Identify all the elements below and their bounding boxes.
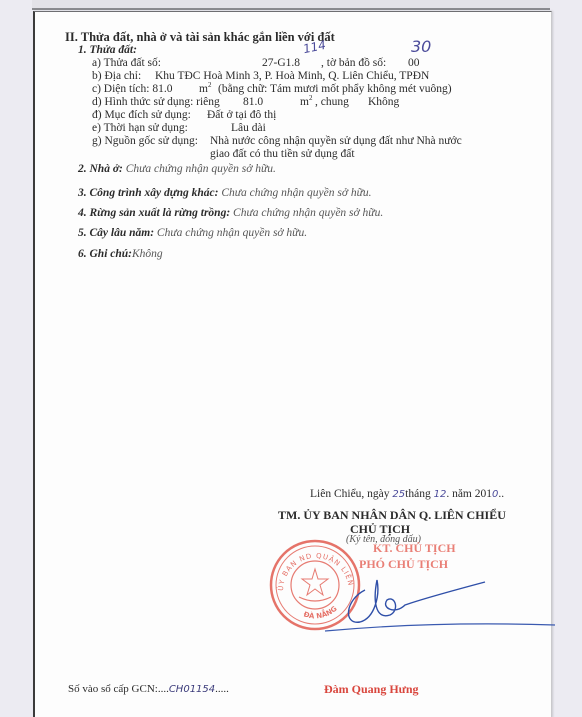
purpose-value: Đất ở tại đô thị <box>207 108 276 122</box>
usage-private-value: 81.0 <box>243 95 263 109</box>
parcel-label: a) Thửa đất số: <box>92 56 161 70</box>
usage-shared-label: , chung <box>315 95 349 109</box>
perennial-row: 5. Cây lâu năm: Chưa chứng nhận quyền sở… <box>78 226 307 240</box>
house-row: 2. Nhà ở: Chưa chứng nhận quyền sở hữu. <box>78 162 276 176</box>
usage-unit: m2 <box>300 95 312 109</box>
other-construction-row: 3. Công trình xây dựng khác: Chưa chứng … <box>78 186 372 200</box>
signer-name: Đàm Quang Hưng <box>324 682 419 696</box>
stamp-kt-chairman: KT. CHỦ TỊCH <box>373 541 456 555</box>
usage-form-label: d) Hình thức sử dụng: riêng <box>92 95 220 109</box>
section-title: II. Thửa đất, nhà ở và tài sản khác gắn … <box>65 30 335 44</box>
usage-shared-value: Không <box>368 95 399 109</box>
forest-row: 4. Rừng sản xuất là rừng trồng: Chưa chứ… <box>78 206 383 220</box>
registry-number: Số vào sổ cấp GCN:....CH01154..... <box>68 682 229 697</box>
area-label: c) Diện tích: 81.0 <box>92 82 172 96</box>
origin-value-line2: giao đất có thu tiền sử dụng đất <box>210 147 355 161</box>
origin-value-line1: Nhà nước công nhận quyền sử dụng đất như… <box>210 134 462 148</box>
notes-row: 6. Ghi chú:Không <box>78 247 163 261</box>
place-date: Liên Chiểu, ngày 25tháng 12. năm 2010.. <box>310 487 504 502</box>
map-sheet-label: , tờ bản đồ số: <box>321 56 386 70</box>
area-unit: m2 <box>199 82 211 96</box>
origin-label: g) Nguồn gốc sử dụng: <box>92 134 198 148</box>
map-sheet-handwritten: 30 <box>411 40 431 54</box>
parcel-value: 27-G1.8 <box>262 56 300 70</box>
certificate-page: II. Thửa đất, nhà ở và tài sản khác gắn … <box>33 11 552 717</box>
term-value: Lâu dài <box>231 121 266 135</box>
org-line: TM. ỦY BAN NHÂN DÂN Q. LIÊN CHIỂU <box>278 508 506 522</box>
address-label: b) Địa chỉ: <box>92 69 141 83</box>
parcel-handwritten: 114 <box>302 38 327 56</box>
land-heading: 1. Thửa đất: <box>78 43 137 57</box>
purpose-label: đ) Mục đích sử dụng: <box>92 108 191 122</box>
term-label: e) Thời hạn sử dụng: <box>92 121 188 135</box>
map-sheet-value: 00 <box>408 56 420 70</box>
top-edge-strip <box>32 0 550 10</box>
area-in-words: (bằng chữ: Tám mươi mốt phẩy không mét v… <box>218 82 452 96</box>
signature-underline-icon <box>315 617 565 637</box>
address-value: Khu TĐC Hoà Minh 3, P. Hoà Minh, Q. Liên… <box>155 69 429 83</box>
